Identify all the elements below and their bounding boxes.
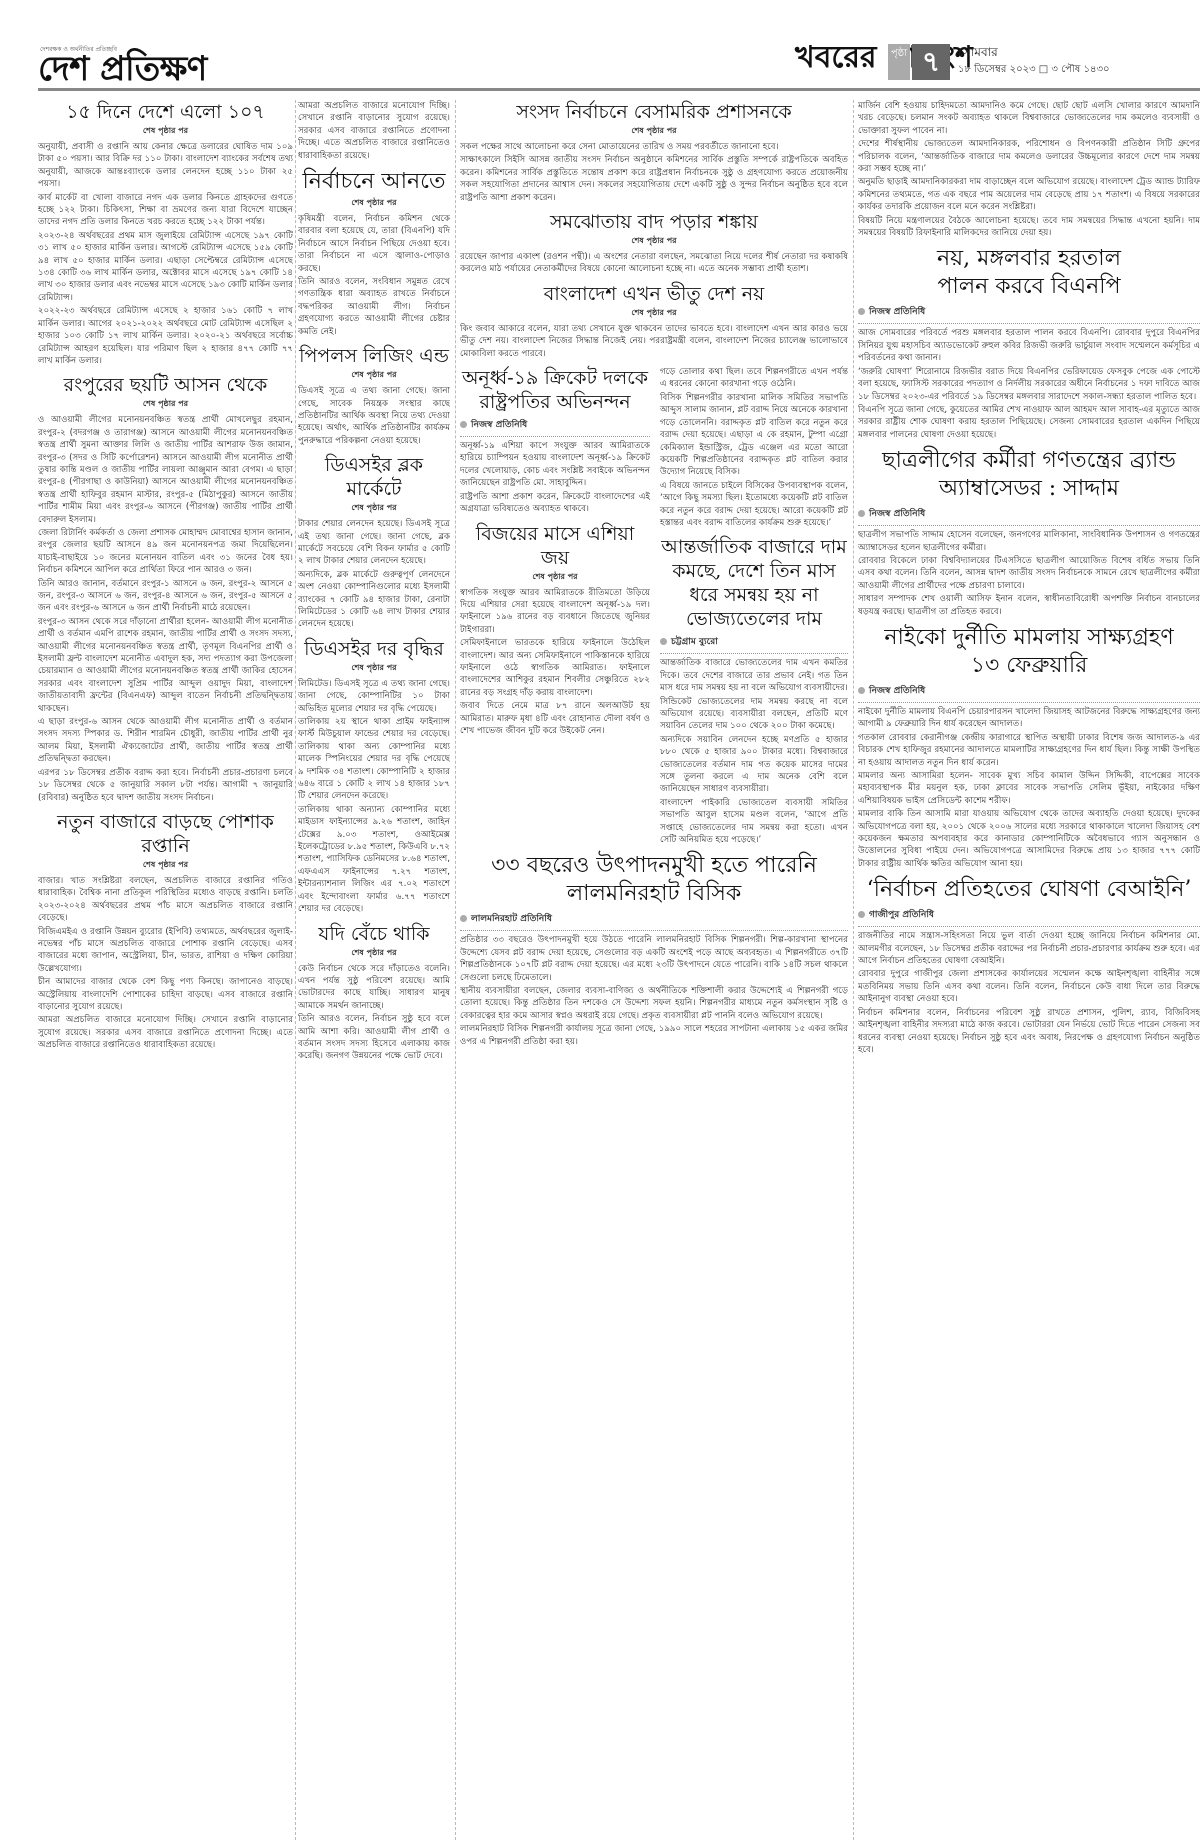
byline: নিজস্ব প্রতিনিধি (858, 683, 1200, 703)
headline: নির্বাচনে আনতে (298, 168, 450, 196)
story-body: আজ সোমবারের পরিবর্তে পরশু মঙ্গলবার হরতাল… (858, 327, 1200, 441)
page-number: ৭ (912, 44, 950, 80)
story-niko-case[interactable]: নাইকো দুর্নীতি মামলায় সাক্ষ্যগ্রহণ ১৩ ফ… (858, 624, 1200, 870)
story-body: রাজনীতির নামে সন্ত্রাস-সহিংসতা নিয়ে ভুল… (858, 930, 1200, 1056)
continued-label: শেষ পৃষ্ঠার পর (38, 398, 293, 411)
story-body: সকল পক্ষের সাথে আলোচনা করে সেনা মোতায়েন… (460, 141, 848, 204)
story-garment-export[interactable]: নতুন বাজারে বাড়ছে পোশাক রপ্তানি শেষ পৃষ… (38, 810, 293, 1052)
byline: নিজস্ব প্রতিনিধি (858, 506, 1200, 526)
bullet-icon (858, 687, 865, 694)
story-bnp-hartal[interactable]: নয়, মঙ্গলবার হরতাল পালন করবে বিএনপি নিজ… (858, 245, 1200, 441)
story-chhatra-league[interactable]: ছাত্রলীগের কর্মীরা গণতন্ত্রের ব্র্যান্ড … (858, 447, 1200, 618)
continued-label: শেষ পৃষ্ঠার পর (298, 502, 450, 515)
column-divider (455, 100, 456, 1840)
column-divider (853, 100, 854, 1840)
story-body: বাজার। খাত সংশ্লিষ্টরা বলছেন, অপ্রচলিত ব… (38, 875, 293, 1052)
story-body: কৃষিমন্ত্রী বলেন, নির্বাচন কমিশন থেকে বা… (298, 213, 450, 338)
story-body: ডিএসই সূত্রে এ তথ্য জানা গেছে। জানা গেছে… (298, 385, 450, 447)
continued-label: শেষ পৃষ্ঠার পর (298, 662, 450, 675)
byline: গাজীপুর প্রতিনিধি (858, 907, 1200, 927)
column-1: ১৫ দিনে দেশে এলো ১০৭ শেষ পৃষ্ঠার পর অনুয… (38, 100, 293, 1843)
story-body: স্বাগতিক সংযুক্ত আরব আমিরাতকে রীতিমতো উড… (460, 587, 650, 738)
story-body: আন্তর্জাতিক বাজারে ভোজ্যতেলের দাম এখন কম… (660, 657, 848, 846)
continued-label: শেষ পৃষ্ঠার পর (38, 859, 293, 872)
story-body: রয়েছেন জাপার একাংশ (রওশন পন্থী)। এ অংশে… (460, 251, 848, 276)
bullet-icon (858, 911, 865, 918)
story-asia-win[interactable]: বিজয়ের মাসে এশিয়া জয় শেষ পৃষ্ঠার পর স… (460, 522, 650, 738)
continued-label: শেষ পৃষ্ঠার পর (38, 125, 293, 138)
byline: চট্টগ্রাম ব্যুরো (660, 634, 848, 654)
story-remittance[interactable]: ১৫ দিনে দেশে এলো ১০৭ শেষ পৃষ্ঠার পর অনুয… (38, 100, 293, 367)
story-if-alive[interactable]: যদি বেঁচে থাকি শেষ পৃষ্ঠার পর কেউ নির্বা… (298, 922, 450, 1063)
headline: পিপলস লিজিং এন্ড (298, 344, 450, 368)
headline: বিজয়ের মাসে এশিয়া জয় (460, 522, 650, 570)
story-dse-block[interactable]: ডিএসইর ব্লক মার্কেটে শেষ পৃষ্ঠার পর টাকা… (298, 453, 450, 631)
brand-name: দেশ প্রতিক্ষণ (38, 52, 207, 86)
headline: ১৫ দিনে দেশে এলো ১০৭ (38, 100, 293, 124)
headline: রাষ্ট্রপতির অভিনন্দন (460, 390, 650, 414)
story-u19-congrats[interactable]: অনূর্ধ্ব-১৯ ক্রিকেট দলকে রাষ্ট্রপতির অভি… (460, 366, 650, 515)
story-body: টাকার শেয়ার লেনদেন হয়েছে। ডিএসই সূত্রে… (298, 518, 450, 631)
story-bscic-lalmonirhat[interactable]: ৩৩ বছরেও উৎপাদনমুখী হতে পারেনি লালমনিরহা… (460, 852, 848, 1048)
byline: নিজস্ব প্রতিনিধি (858, 304, 1200, 324)
headline: রংপুরের ছয়টি আসন থেকে (38, 373, 293, 397)
story-body: কিং জবাব আকারে বলেন, যারা তথ্য সেখানে যু… (460, 323, 848, 360)
story-body: কেউ নির্বাচন থেকে সরে দাঁড়াতেও বলেনি। এ… (298, 963, 450, 1063)
issue-date: ১৮ ডিসেম্বর ২০২৩ □ ৩ পৌষ ১৪৩০ (958, 62, 1109, 79)
story-civil-admin[interactable]: সংসদ নির্বাচনে বেসামরিক প্রশাসনকে শেষ পৃ… (460, 100, 848, 204)
story-body: অনূর্ধ্ব-১৯ এশিয়া কাপে সংযুক্ত আরব আমির… (460, 440, 650, 515)
bullet-icon (858, 510, 865, 517)
continued-label: শেষ পৃষ্ঠার পর (460, 571, 650, 584)
headline: বাংলাদেশ এখন ভীতু দেশ নয় (460, 282, 848, 306)
story-body: অনুযায়ী, প্রবাসী ও রপ্তানি আয় কেনার ক্… (38, 141, 293, 367)
bullet-icon (460, 421, 467, 428)
story-current-fear[interactable]: সমঝোতায় বাদ পড়ার শঙ্কায় শেষ পৃষ্ঠার প… (460, 210, 848, 276)
story-edible-oil[interactable]: আন্তর্জাতিক বাজারে দাম কমছে, দেশে তিন মা… (660, 535, 848, 846)
headline: যদি বেঁচে থাকি (298, 922, 450, 946)
story-bangladesh-not-fearful[interactable]: বাংলাদেশ এখন ভীতু দেশ নয় শেষ পৃষ্ঠার পর… (460, 282, 848, 360)
page-label: পৃষ্ঠা (888, 44, 910, 80)
story-body: গড়ে তোলার কথা ছিল। তবে শিল্পনগরীতে এখন … (660, 366, 848, 529)
story-election-resist[interactable]: ‘নির্বাচন প্রতিহতের ঘোষণা বেআইনি’ গাজীপু… (858, 876, 1200, 1056)
continued-label: শেষ পৃষ্ঠার পর (460, 235, 848, 248)
column-3: সংসদ নির্বাচনে বেসামরিক প্রশাসনকে শেষ পৃ… (460, 100, 848, 1843)
story-body: মার্জিন বেশি হওয়ায় চাহিদমতো আমদানিও কম… (858, 100, 1200, 239)
story-body: ও আওয়ামী লীগের মনোনয়নবঞ্চিত স্বতন্ত্র … (38, 414, 293, 804)
headline: সমঝোতায় বাদ পড়ার শঙ্কায় (460, 210, 848, 234)
bullet-icon (660, 638, 667, 645)
story-peoples-leasing[interactable]: পিপলস লিজিং এন্ড শেষ পৃষ্ঠার পর ডিএসই সূ… (298, 344, 450, 447)
byline: নিজস্ব প্রতিনিধি (460, 417, 650, 437)
story-dse-price[interactable]: ডিএসইর দর বৃদ্ধির শেষ পৃষ্ঠার পর লিমিটেড… (298, 637, 450, 916)
headline: ডিএসইর ব্লক মার্কেটে (298, 453, 450, 501)
story-body: লিমিটেড। ডিএসই সূত্রে এ তথ্য জানা গেছে। … (298, 678, 450, 916)
bullet-icon (460, 915, 467, 922)
column-divider (295, 100, 296, 1840)
story-election-mind[interactable]: নির্বাচনে আনতে শেষ পৃষ্ঠার পর কৃষিমন্ত্র… (298, 168, 450, 338)
headline: নতুন বাজারে বাড়ছে পোশাক রপ্তানি (38, 810, 293, 858)
continued-label: শেষ পৃষ্ঠার পর (298, 369, 450, 382)
byline: লালমনিরহাট প্রতিনিধি (460, 911, 848, 931)
story-body: প্রতিষ্ঠার ৩৩ বছরেও উৎপাদনমুখী হয়ে উঠতে… (460, 934, 848, 1048)
column-4: মার্জিন বেশি হওয়ায় চাহিদমতো আমদানিও কম… (858, 100, 1200, 1843)
weekday: সোমবার (958, 44, 998, 64)
continued-label: শেষ পৃষ্ঠার পর (460, 307, 848, 320)
story-rangpur[interactable]: রংপুরের ছয়টি আসন থেকে শেষ পৃষ্ঠার পর ও … (38, 373, 293, 804)
headline: অনূর্ধ্ব-১৯ ক্রিকেট দলকে (460, 366, 650, 390)
continued-label: শেষ পৃষ্ঠার পর (460, 125, 848, 138)
continued-label: শেষ পৃষ্ঠার পর (298, 197, 450, 210)
column-3-split: অনূর্ধ্ব-১৯ ক্রিকেট দলকে রাষ্ট্রপতির অভি… (460, 366, 848, 852)
headline: সংসদ নির্বাচনে বেসামরিক প্রশাসনকে (460, 100, 848, 124)
headline: ডিএসইর দর বৃদ্ধির (298, 637, 450, 661)
masthead-rule (38, 88, 1200, 91)
story-body: ছাত্রলীগ সভাপতি সাদ্দাম হোসেন বলেছেন, জন… (858, 529, 1200, 618)
bullet-icon (858, 308, 865, 315)
story-body: নাইকো দুর্নীতি মামলায় বিএনপি চেয়ারপারস… (858, 706, 1200, 870)
column-2: আমরা অপ্রচলিত বাজারে মনোযোগ দিচ্ছি। সেখা… (298, 100, 450, 1843)
masthead: দেশরক্ষক ও অর্থনীতির প্রতিচ্ছবি দেশ প্রত… (0, 0, 1200, 95)
continued-label: শেষ পৃষ্ঠার পর (298, 947, 450, 960)
